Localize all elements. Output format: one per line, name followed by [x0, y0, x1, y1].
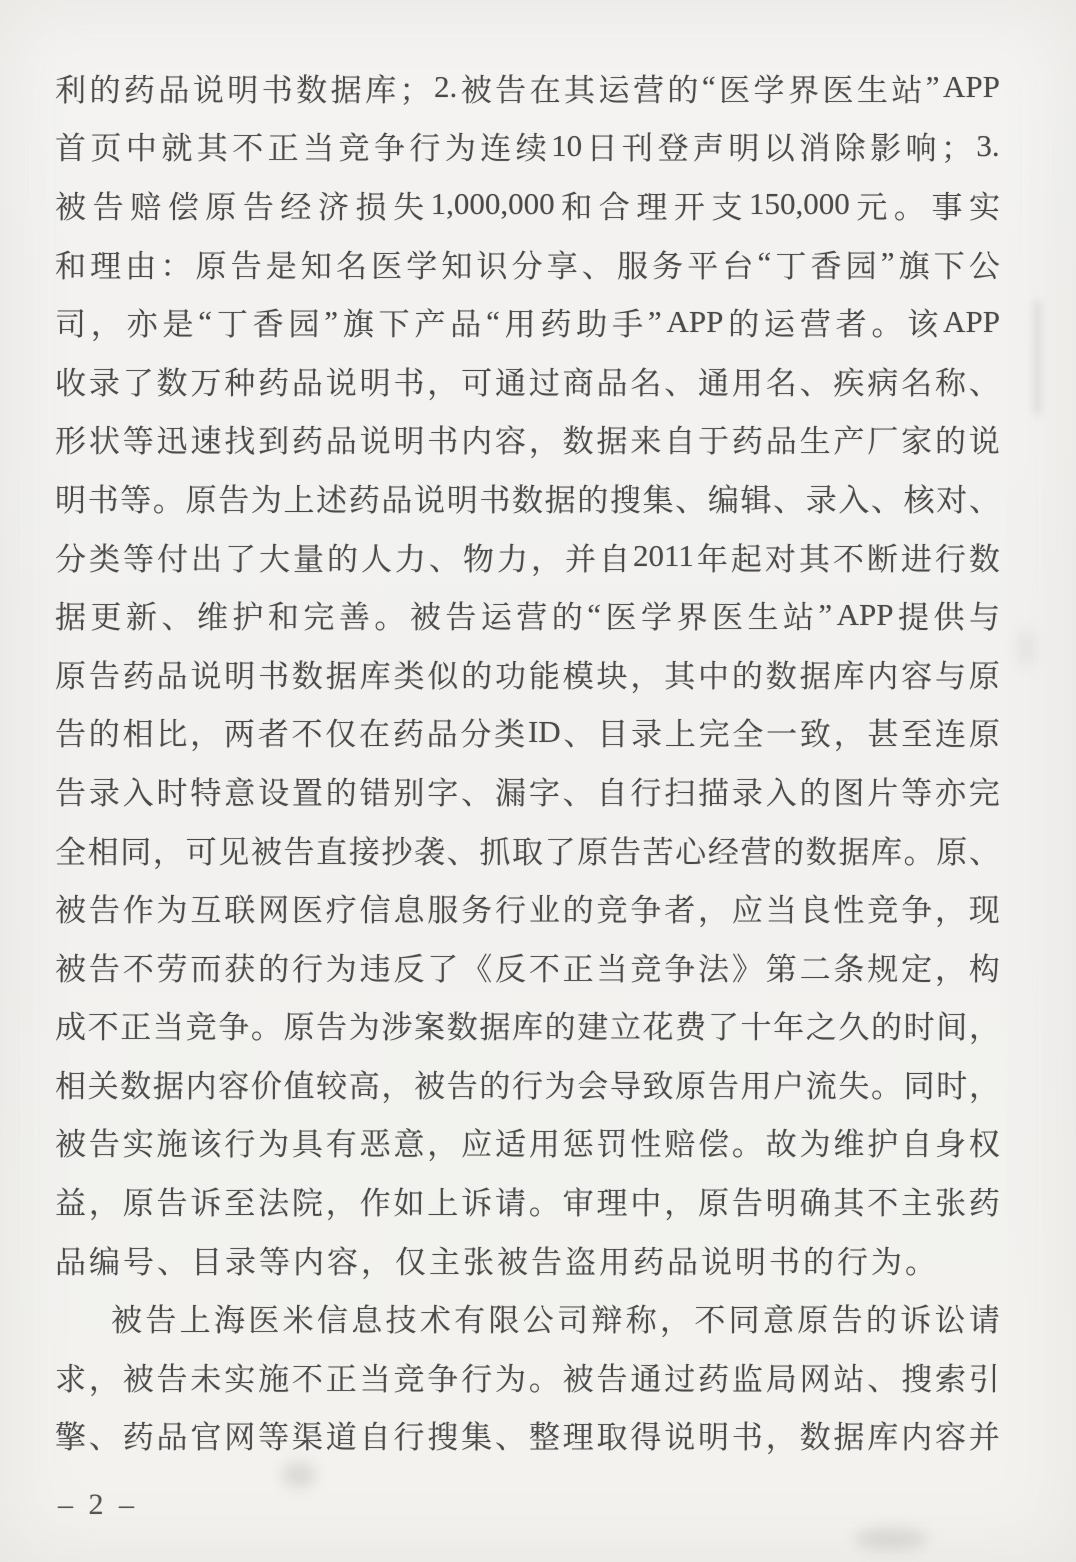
- text-line: 形状等迅速找到药品说明书内容，数据来自于药品生产厂家的说: [55, 410, 1000, 469]
- scan-artifact: [1018, 628, 1034, 668]
- scan-artifact: [1034, 300, 1041, 415]
- scan-artifact: [282, 1462, 316, 1488]
- text-line: 据更新、维护和完善。被告运营的“医学界医生站”APP提供与: [55, 585, 1000, 644]
- text-line: 告的相比，两者不仅在药品分类ID、目录上完全一致，甚至连原: [55, 703, 1000, 762]
- text-line: 被告赔偿原告经济损失1,000,000和合理开支150,000元。事实: [55, 175, 1000, 234]
- text-line: 首页中就其不正当竞争行为连续10日刊登声明以消除影响；3.: [55, 117, 1000, 176]
- text-line: 擎、药品官网等渠道自行搜集、整理取得说明书，数据库内容并: [55, 1406, 1000, 1465]
- text-line: 收录了数万种药品说明书，可通过商品名、通用名、疾病名称、: [55, 351, 1000, 410]
- document-body: 利的药品说明书数据库；2.被告在其运营的“医学界医生站”APP首页中就其不正当竞…: [55, 58, 1000, 1464]
- text-line: 相关数据内容价值较高，被告的行为会导致原告用户流失。同时，: [55, 1054, 1000, 1113]
- text-line: 品编号、目录等内容，仅主张被告盗用药品说明书的行为。: [55, 1230, 1000, 1289]
- text-line: 被告不劳而获的行为违反了《反不正当竞争法》第二条规定，构: [55, 937, 1000, 996]
- text-line: 全相同，可见被告直接抄袭、抓取了原告苦心经营的数据库。原、: [55, 820, 1000, 879]
- text-line: 和理由：原告是知名医学知识分享、服务平台“丁香园”旗下公: [55, 234, 1000, 293]
- text-line: 分类等付出了大量的人力、物力，并自2011年起对其不断进行数: [55, 527, 1000, 586]
- text-line: 利的药品说明书数据库；2.被告在其运营的“医学界医生站”APP: [55, 58, 1000, 117]
- text-line: 求，被告未实施不正当竞争行为。被告通过药监局网站、搜索引: [55, 1347, 1000, 1406]
- text-line: 明书等。原告为上述药品说明书数据的搜集、编辑、录入、核对、: [55, 468, 1000, 527]
- text-line: 司，亦是“丁香园”旗下产品“用药助手”APP的运营者。该APP: [55, 292, 1000, 351]
- text-line: 被告上海医米信息技术有限公司辩称，不同意原告的诉讼请: [55, 1288, 1000, 1347]
- text-line: 原告药品说明书数据库类似的功能模块，其中的数据库内容与原: [55, 644, 1000, 703]
- text-line: 被告实施该行为具有恶意，应适用惩罚性赔偿。故为维护自身权: [55, 1113, 1000, 1172]
- document-lines: 利的药品说明书数据库；2.被告在其运营的“医学界医生站”APP首页中就其不正当竞…: [55, 58, 1000, 1464]
- text-line: 成不正当竞争。原告为涉案数据库的建立花费了十年之久的时间，: [55, 996, 1000, 1055]
- text-line: 告录入时特意设置的错别字、漏字、自行扫描录入的图片等亦完: [55, 761, 1000, 820]
- text-line: 被告作为互联网医疗信息服务行业的竞争者，应当良性竞争，现: [55, 878, 1000, 937]
- scanned-document-page: 利的药品说明书数据库；2.被告在其运营的“医学界医生站”APP首页中就其不正当竞…: [0, 0, 1076, 1562]
- scan-artifact: [855, 1528, 927, 1550]
- text-line: 益，原告诉至法院，作如上诉请。审理中，原告明确其不主张药: [55, 1171, 1000, 1230]
- page-number: – 2 –: [58, 1488, 138, 1522]
